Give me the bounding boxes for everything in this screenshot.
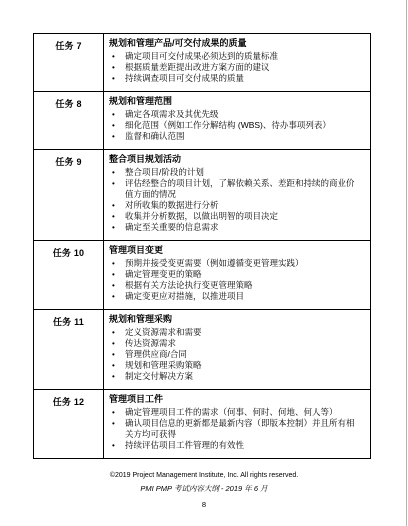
bullet-item: •对所收集的数据进行分析 — [109, 200, 362, 211]
bullet-item: •确定至关重要的信息需求 — [109, 222, 362, 233]
bullet-item: •定义资源需求和需要 — [109, 327, 362, 338]
bullet-text: 传达资源需求 — [125, 338, 362, 349]
bullet-text: 定义资源需求和需要 — [125, 327, 362, 338]
bullet-item: •传达资源需求 — [109, 338, 362, 349]
document-page: { "page": { "bullet_glyph": "•" }, "colo… — [0, 0, 408, 526]
bullet-icon: • — [109, 280, 125, 291]
bullet-text: 对所收集的数据进行分析 — [125, 200, 362, 211]
task-content-cell: 规划和管理采购 •定义资源需求和需要•传达资源需求•管理供应商/合同•规划和管理… — [104, 310, 370, 389]
task-table: 任务 7 规划和管理产品/可交付成果的质量 •确定项目可交付成果必须达到的质量标… — [33, 33, 371, 459]
bullet-text: 收集并分析数据，以做出明智的项目决定 — [125, 211, 362, 222]
task-label: 任务 11 — [53, 317, 84, 327]
bullet-icon: • — [109, 360, 125, 371]
footer-copyright: ©2019 Project Management Institute, Inc.… — [0, 472, 408, 479]
bullet-list: •确定管理项目工件的需求（何事、何时、何地、何人等）•确认项目信息的更新都是最新… — [109, 407, 362, 451]
bullet-icon: • — [109, 131, 125, 142]
table-row: 任务 12 管理项目工件 •确定管理项目工件的需求（何事、何时、何地、何人等）•… — [34, 390, 370, 458]
task-label-cell: 任务 11 — [34, 310, 104, 389]
bullet-text: 确定项目可交付成果必须达到的质量标准 — [125, 51, 362, 62]
bullet-item: •预期并接受变更需要（例如遵循变更管理实践） — [109, 258, 362, 269]
task-label-cell: 任务 9 — [34, 150, 104, 240]
page-number: 8 — [0, 500, 408, 509]
bullet-icon: • — [109, 167, 125, 178]
bullet-item: •确定变更应对措施，以推进项目 — [109, 291, 362, 302]
bullet-item: •确定项目可交付成果必须达到的质量标准 — [109, 51, 362, 62]
bullet-list: •确定项目可交付成果必须达到的质量标准•根据质量差距提出改进方案方面的建议•持续… — [109, 51, 362, 84]
bullet-icon: • — [109, 407, 125, 418]
task-label: 任务 9 — [55, 157, 81, 167]
bullet-icon: • — [109, 178, 125, 200]
bullet-icon: • — [109, 349, 125, 360]
bullet-item: •确定管理项目工件的需求（何事、何时、何地、何人等） — [109, 407, 362, 418]
bullet-list: •预期并接受变更需要（例如遵循变更管理实践）•确定管理变更的策略•根据有关方法论… — [109, 258, 362, 302]
bullet-icon: • — [109, 258, 125, 269]
bullet-item: •持续评估项目工件管理的有效性 — [109, 440, 362, 451]
task-content-cell: 整合项目规划活动 •整合项目/阶段的计划•评估经整合的项目计划，了解依赖关系、差… — [104, 150, 370, 240]
bullet-icon: • — [109, 120, 125, 131]
bullet-text: 确定各项需求及其优先级 — [125, 109, 362, 120]
task-content-cell: 管理项目工件 •确定管理项目工件的需求（何事、何时、何地、何人等）•确认项目信息… — [104, 390, 370, 458]
task-label-cell: 任务 8 — [34, 92, 104, 149]
task-label-cell: 任务 7 — [34, 34, 104, 91]
task-title: 规划和管理范围 — [109, 95, 362, 107]
bullet-text: 根据质量差距提出改进方案方面的建议 — [125, 62, 362, 73]
bullet-icon: • — [109, 109, 125, 120]
bullet-text: 确定管理项目工件的需求（何事、何时、何地、何人等） — [125, 407, 362, 418]
footer-doc-title: PMI PMP 考试内容大纲 - 2019 年 6 月 — [0, 483, 408, 494]
task-content-cell: 管理项目变更 •预期并接受变更需要（例如遵循变更管理实践）•确定管理变更的策略•… — [104, 241, 370, 309]
bullet-icon: • — [109, 291, 125, 302]
bullet-item: •确定各项需求及其优先级 — [109, 109, 362, 120]
bullet-item: •根据质量差距提出改进方案方面的建议 — [109, 62, 362, 73]
bullet-icon: • — [109, 200, 125, 211]
bullet-text: 确定管理变更的策略 — [125, 269, 362, 280]
bullet-item: •细化范围（例如工作分解结构 (WBS)、待办事项列表） — [109, 120, 362, 131]
task-content-cell: 规划和管理产品/可交付成果的质量 •确定项目可交付成果必须达到的质量标准•根据质… — [104, 34, 370, 91]
table-row: 任务 9 整合项目规划活动 •整合项目/阶段的计划•评估经整合的项目计划，了解依… — [34, 150, 370, 241]
bullet-item: •整合项目/阶段的计划 — [109, 167, 362, 178]
task-title: 规划和管理产品/可交付成果的质量 — [109, 37, 362, 49]
bullet-item: •管理供应商/合同 — [109, 349, 362, 360]
bullet-icon: • — [109, 62, 125, 73]
bullet-item: •根据有关方法论执行变更管理策略 — [109, 280, 362, 291]
bullet-text: 规划和管理采购策略 — [125, 360, 362, 371]
bullet-list: •定义资源需求和需要•传达资源需求•管理供应商/合同•规划和管理采购策略•制定交… — [109, 327, 362, 382]
bullet-item: •制定交付解决方案 — [109, 371, 362, 382]
bullet-text: 制定交付解决方案 — [125, 371, 362, 382]
table-row: 任务 8 规划和管理范围 •确定各项需求及其优先级•细化范围（例如工作分解结构 … — [34, 92, 370, 150]
table-row: 任务 7 规划和管理产品/可交付成果的质量 •确定项目可交付成果必须达到的质量标… — [34, 34, 370, 92]
task-label: 任务 7 — [55, 41, 81, 51]
bullet-text: 确定变更应对措施，以推进项目 — [125, 291, 362, 302]
bullet-text: 管理供应商/合同 — [125, 349, 362, 360]
task-label: 任务 12 — [53, 397, 85, 407]
task-label-cell: 任务 12 — [34, 390, 104, 458]
table-row: 任务 10 管理项目变更 •预期并接受变更需要（例如遵循变更管理实践）•确定管理… — [34, 241, 370, 310]
bullet-item: •持续调查项目可交付成果的质量 — [109, 73, 362, 84]
bullet-list: •确定各项需求及其优先级•细化范围（例如工作分解结构 (WBS)、待办事项列表）… — [109, 109, 362, 142]
bullet-text: 整合项目/阶段的计划 — [125, 167, 362, 178]
bullet-icon: • — [109, 327, 125, 338]
page-edge-line — [406, 0, 408, 526]
bullet-list: •整合项目/阶段的计划•评估经整合的项目计划，了解依赖关系、差距和持续的商业价值… — [109, 167, 362, 233]
task-label-cell: 任务 10 — [34, 241, 104, 309]
task-label: 任务 8 — [55, 99, 81, 109]
bullet-icon: • — [109, 338, 125, 349]
bullet-item: •规划和管理采购策略 — [109, 360, 362, 371]
bullet-text: 预期并接受变更需要（例如遵循变更管理实践） — [125, 258, 362, 269]
bullet-icon: • — [109, 211, 125, 222]
bullet-item: •确定管理变更的策略 — [109, 269, 362, 280]
bullet-icon: • — [109, 73, 125, 84]
bullet-icon: • — [109, 418, 125, 440]
task-content-cell: 规划和管理范围 •确定各项需求及其优先级•细化范围（例如工作分解结构 (WBS)… — [104, 92, 370, 149]
bullet-text: 根据有关方法论执行变更管理策略 — [125, 280, 362, 291]
bullet-text: 监督和确认范围 — [125, 131, 362, 142]
bullet-item: •评估经整合的项目计划，了解依赖关系、差距和持续的商业价值方面的情况 — [109, 178, 362, 200]
bullet-icon: • — [109, 440, 125, 451]
task-label: 任务 10 — [53, 248, 85, 258]
bullet-icon: • — [109, 371, 125, 382]
bullet-text: 评估经整合的项目计划，了解依赖关系、差距和持续的商业价值方面的情况 — [125, 178, 362, 200]
bullet-icon: • — [109, 222, 125, 233]
bullet-text: 确认项目信息的更新都是最新内容（即版本控制）并且所有相关方均可获得 — [125, 418, 362, 440]
bullet-icon: • — [109, 51, 125, 62]
bullet-text: 确定至关重要的信息需求 — [125, 222, 362, 233]
bullet-item: •收集并分析数据，以做出明智的项目决定 — [109, 211, 362, 222]
bullet-item: •监督和确认范围 — [109, 131, 362, 142]
task-title: 管理项目工件 — [109, 393, 362, 405]
table-row: 任务 11 规划和管理采购 •定义资源需求和需要•传达资源需求•管理供应商/合同… — [34, 310, 370, 390]
bullet-text: 持续评估项目工件管理的有效性 — [125, 440, 362, 451]
task-title: 整合项目规划活动 — [109, 153, 362, 165]
task-title: 管理项目变更 — [109, 244, 362, 256]
task-title: 规划和管理采购 — [109, 313, 362, 325]
bullet-icon: • — [109, 269, 125, 280]
bullet-text: 持续调查项目可交付成果的质量 — [125, 73, 362, 84]
bullet-text: 细化范围（例如工作分解结构 (WBS)、待办事项列表） — [125, 120, 362, 131]
bullet-item: •确认项目信息的更新都是最新内容（即版本控制）并且所有相关方均可获得 — [109, 418, 362, 440]
